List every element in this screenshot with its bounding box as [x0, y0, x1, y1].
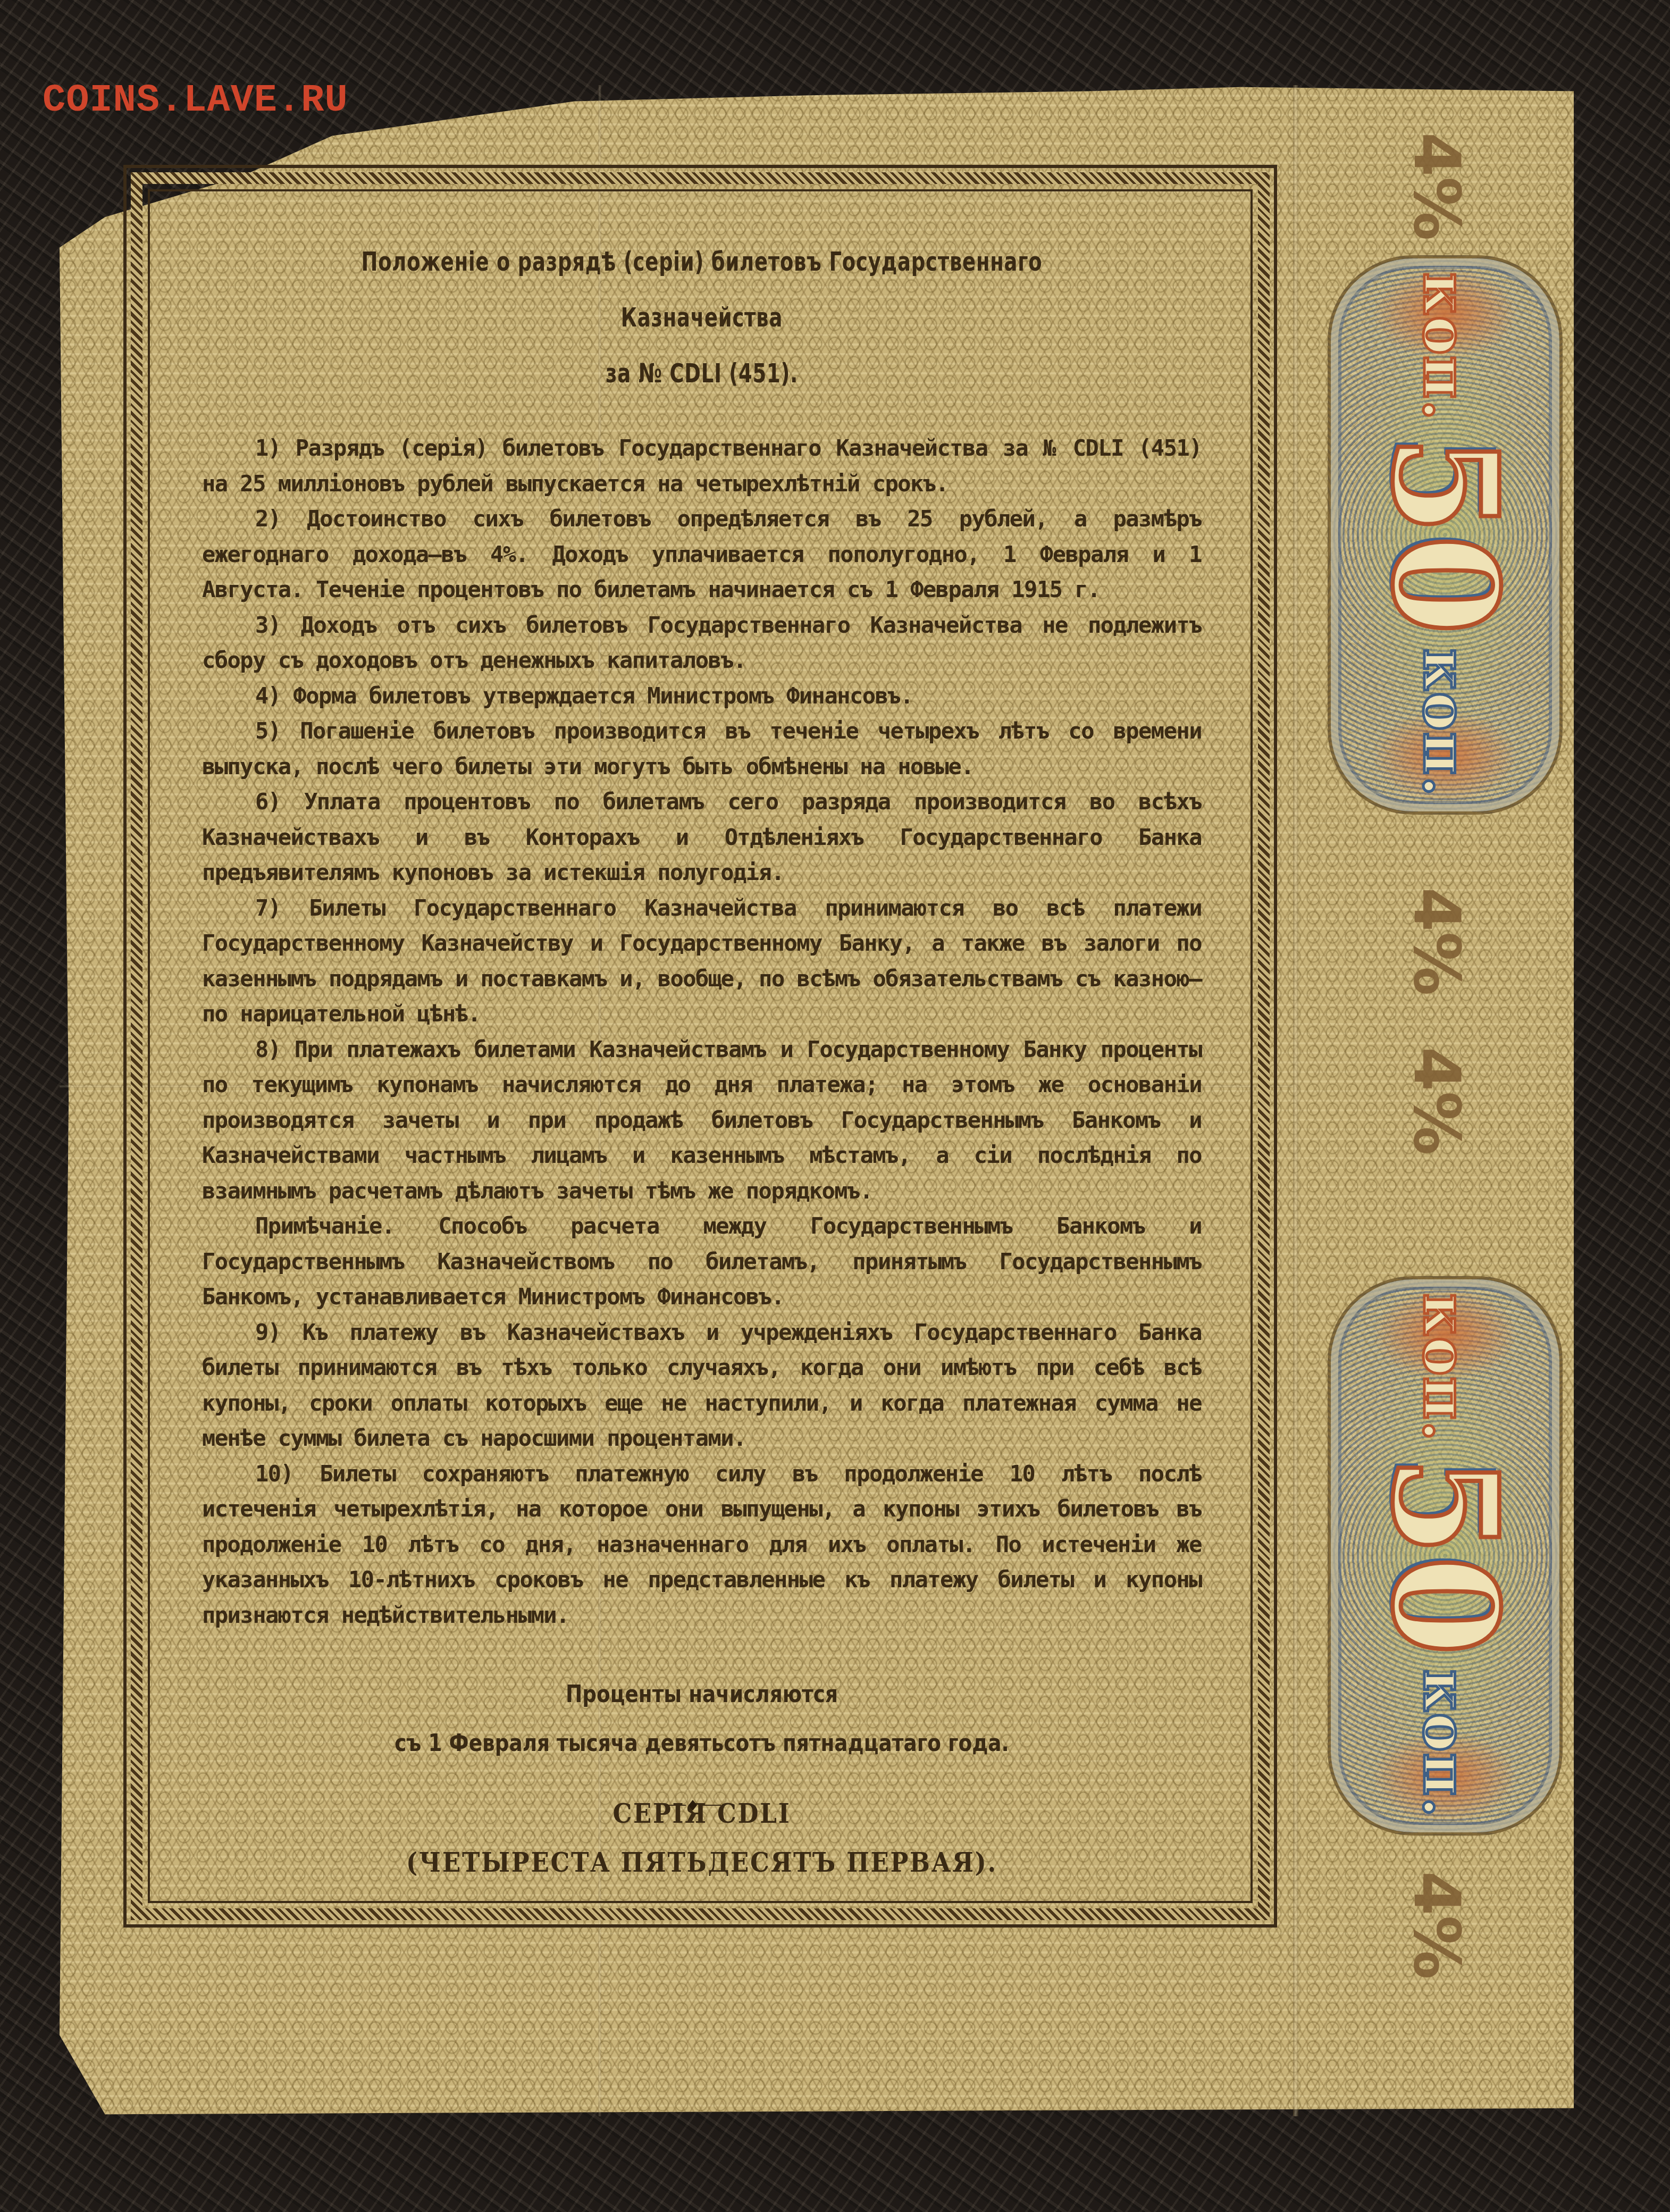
clause-3: 3) Доходъ отъ сихъ билетовъ Государствен…: [202, 608, 1202, 678]
title-line: Положеніе о разрядѣ (серіи) билетовъ Гос…: [292, 234, 1112, 346]
coupon-value: 50: [1361, 435, 1530, 635]
percent-icon: 4%: [1399, 132, 1473, 240]
percent-mark: 4%: [1346, 899, 1527, 984]
series-line: СЕРІЯ CDLI: [252, 1789, 1152, 1838]
clause-4: 4) Форма билетовъ утверждается Министром…: [202, 678, 1202, 714]
footer-line: Проценты начисляются: [277, 1670, 1127, 1719]
title-line: за № CDLI (451).: [292, 346, 1112, 401]
coupon-strip-divider: [1293, 85, 1298, 2116]
clause-5: 5) Погашеніе билетовъ производится въ те…: [202, 714, 1202, 784]
coupon-unit: коп.: [1411, 1294, 1480, 1443]
site-watermark: COINS.LAVE.RU: [43, 79, 348, 122]
coupon-50-kop: коп. 50 коп.: [1328, 1276, 1563, 1836]
percent-mark: 4%: [1346, 144, 1527, 229]
clause-7: 7) Билеты Государственнаго Казначейства …: [202, 891, 1202, 1032]
percent-icon: 4%: [1399, 887, 1473, 995]
footer-line: съ 1 Февраля тысяча девятьсотъ пятнадцат…: [277, 1719, 1127, 1768]
coupon-unit: коп.: [1411, 649, 1480, 798]
document-title: Положеніе о разрядѣ (серіи) билетовъ Гос…: [292, 234, 1112, 401]
coupon-unit: коп.: [1411, 273, 1480, 422]
diamond-ornament-icon: [665, 1800, 723, 1811]
clause-6: 6) Уплата процентовъ по билетамъ сего ра…: [202, 784, 1202, 891]
clause-1: 1) Разрядъ (серія) билетовъ Государствен…: [202, 431, 1202, 501]
regulation-body: 1) Разрядъ (серія) билетовъ Государствен…: [202, 431, 1202, 1633]
interest-accrual-note: Проценты начисляются съ 1 Февраля тысяча…: [202, 1670, 1202, 1768]
percent-icon: 4%: [1399, 1046, 1473, 1155]
coupon-unit: коп.: [1411, 1670, 1480, 1819]
clause-8: 8) При платежахъ билетами Казначействамъ…: [202, 1032, 1202, 1209]
clause-10: 10) Билеты сохраняютъ платежную силу въ …: [202, 1456, 1202, 1633]
series-line: (ЧЕТЫРЕСТА ПЯТЬДЕСЯТЪ ПЕРВАЯ).: [252, 1838, 1152, 1887]
clause-8-note: Примѣчаніе. Способъ расчета между Госуда…: [202, 1209, 1202, 1315]
clause-9: 9) Къ платежу въ Казначействахъ и учрежд…: [202, 1315, 1202, 1456]
regulation-text: Положеніе о разрядѣ (серіи) билетовъ Гос…: [202, 234, 1202, 1887]
percent-mark: 4%: [1346, 1882, 1527, 1967]
clause-2: 2) Достоинство сихъ билетовъ опредѣляетс…: [202, 501, 1202, 608]
coupon-value: 50: [1361, 1456, 1530, 1656]
percent-icon: 4%: [1399, 1871, 1473, 1979]
coupon-strip: 4% коп. 50 коп. 4% 4% коп. 50 коп. 4%: [1298, 85, 1574, 2116]
percent-mark: 4%: [1346, 1058, 1527, 1143]
coupon-50-kop: коп. 50 коп.: [1328, 255, 1563, 815]
